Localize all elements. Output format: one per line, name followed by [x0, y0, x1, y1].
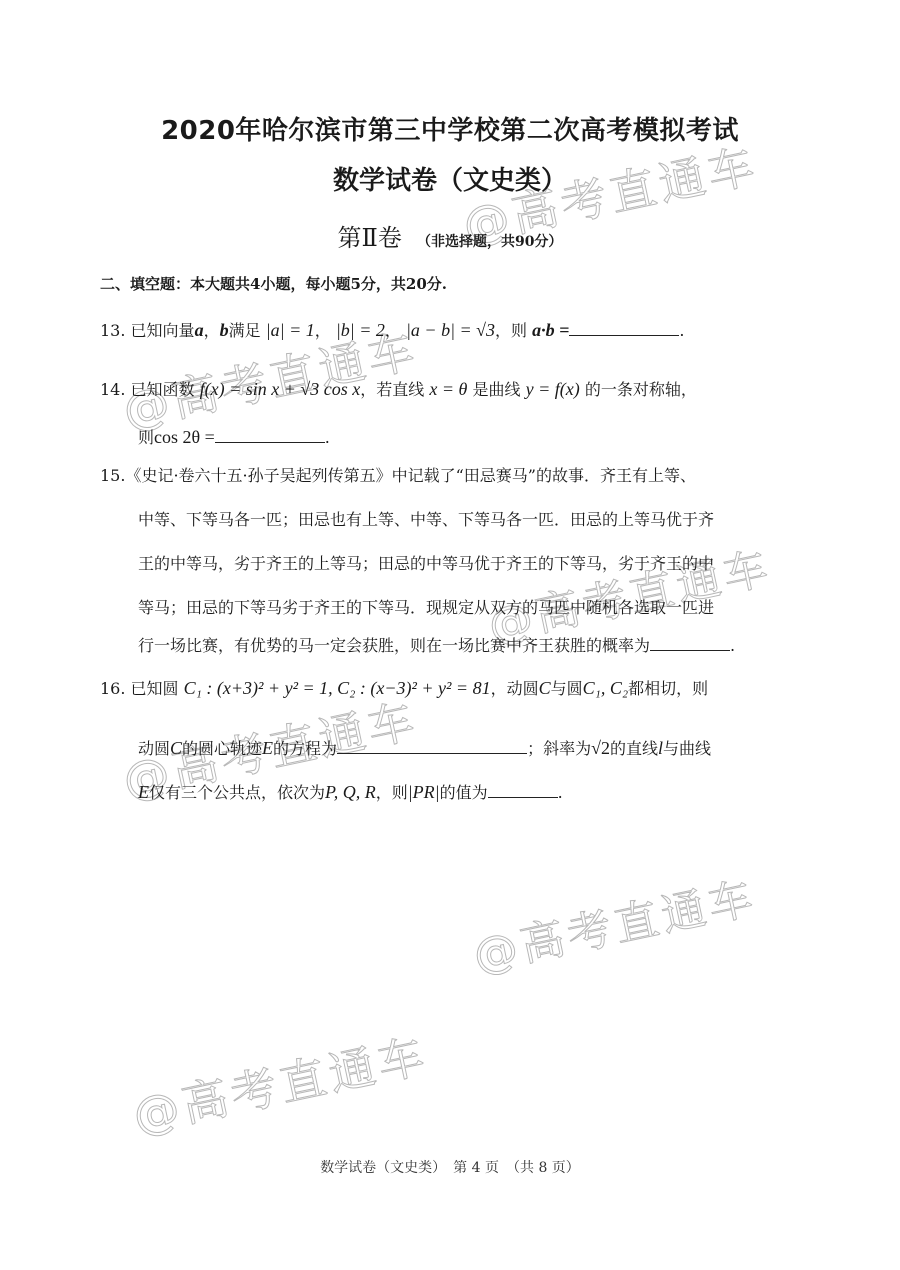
- q15-line: 王的中等马，劣于齐王的上等马；田忌的中等马优于齐王的下等马，劣于齐王的中: [138, 551, 714, 574]
- exam-subtitle: 数学试卷（文史类）: [0, 160, 900, 197]
- q14-ask: cos 2θ =: [154, 427, 215, 447]
- q13-text: 满足: [229, 321, 261, 340]
- q13-condition-1: |a| = 1: [266, 320, 315, 340]
- question-14-line-2: 则cos 2θ =.: [138, 425, 330, 448]
- q15-last-line: 行一场比赛，有优势的马一定会获胜，则在一场比赛中齐王获胜的概率为.: [138, 633, 735, 656]
- q16-curve-e: E: [138, 782, 149, 802]
- q16-text: 的直线: [610, 739, 658, 758]
- q16-end: .: [558, 783, 563, 802]
- q16-text: 动圆: [138, 739, 170, 758]
- q13-condition-3: |a − b| = √3: [406, 320, 495, 340]
- q13-text: 已知向量: [131, 321, 195, 340]
- q14-text: 已知函数: [131, 380, 195, 399]
- q16-text: 已知圆: [131, 679, 179, 698]
- q16-curve-e: E: [262, 738, 273, 758]
- answer-blank: [215, 428, 325, 443]
- part-label: 第Ⅱ卷: [338, 224, 402, 252]
- q16-circle-c: C: [539, 678, 551, 698]
- q13-end: .: [679, 321, 684, 340]
- watermark: @高考直通车: [126, 1019, 433, 1146]
- q15-line: 行一场比赛，有优势的马一定会获胜，则在一场比赛中齐王获胜的概率为: [138, 636, 650, 655]
- q16-circles-c1-c2: C₁, C₂: [583, 678, 629, 698]
- q16-pr: |PR|: [408, 782, 440, 802]
- q13-text: ，则: [495, 321, 527, 340]
- section-heading: 二、填空题：本大题共4小题，每小题5分，共20分.: [100, 273, 447, 294]
- q14-line: x = θ: [429, 379, 467, 399]
- question-13: 13. 已知向量a，b满足 |a| = 1， |b| = 2， |a − b| …: [100, 318, 685, 341]
- q13-condition-2: |b| = 2: [336, 320, 385, 340]
- q15-line: 等马；田忌的下等马劣于齐王的下等马．现规定从双方的马匹中随机各选取一匹进: [138, 595, 714, 618]
- part-heading: 第Ⅱ卷 （非选择题，共90分）: [0, 218, 900, 253]
- q16-text: 的方程为: [273, 739, 337, 758]
- question-number: 14.: [100, 380, 125, 399]
- q15-line: 《史记·卷六十五·孙子吴起列传第五》中记载了“田忌赛马”的故事．齐王有上等、: [125, 466, 696, 485]
- question-14: 14. 已知函数 f(x) = sin x + √3 cos x，若直线 x =…: [100, 377, 697, 400]
- vector-a: a: [195, 320, 204, 340]
- q16-text: ，动圆: [491, 679, 539, 698]
- q14-text: 的一条对称轴，: [585, 380, 697, 399]
- answer-blank: [650, 636, 730, 651]
- question-16-line-3: E仅有三个公共点，依次为P, Q, R，则|PR|的值为.: [138, 780, 563, 803]
- q14-end: .: [325, 428, 330, 447]
- question-number: 13.: [100, 321, 125, 340]
- q14-curve: y = f(x): [526, 379, 580, 399]
- q13-sep: ，: [204, 321, 220, 340]
- q16-text: ；斜率为: [527, 739, 591, 758]
- part-note: （非选择题，共90分）: [417, 234, 562, 250]
- q14-text: 是曲线: [472, 380, 520, 399]
- question-number: 15.: [100, 466, 125, 485]
- q14-text: ，若直线: [360, 380, 424, 399]
- q16-circles: C₁ : (x+3)² + y² = 1, C₂ : (x−3)² + y² =…: [184, 678, 491, 698]
- page-footer: 数学试卷（文史类） 第 4 页 （共 8 页）: [0, 1157, 900, 1177]
- answer-blank: [337, 739, 527, 754]
- q15-line: 中等、下等马各一匹；田忌也有上等、中等、下等马各一匹．田忌的上等马优于齐: [138, 507, 714, 530]
- watermark: @高考直通车: [467, 862, 762, 984]
- question-15: 15.《史记·卷六十五·孙子吴起列传第五》中记载了“田忌赛马”的故事．齐王有上等…: [100, 463, 696, 486]
- q15-end: .: [730, 636, 735, 655]
- question-16: 16. 已知圆 C₁ : (x+3)² + y² = 1, C₂ : (x−3)…: [100, 676, 708, 699]
- question-16-line-2: 动圆C的圆心轨迹E的方程为；斜率为√2的直线l与曲线: [138, 736, 711, 759]
- question-number: 16.: [100, 679, 125, 698]
- q16-text: 与曲线: [663, 739, 711, 758]
- q16-text: 的圆心轨迹: [182, 739, 262, 758]
- q16-points: P, Q, R: [325, 782, 376, 802]
- vector-b: b: [220, 320, 229, 340]
- answer-blank: [569, 321, 679, 336]
- q16-text: 仅有三个公共点，依次为: [149, 783, 325, 802]
- q14-function: f(x) = sin x + √3 cos x: [200, 379, 361, 399]
- exam-title: 2020年哈尔滨市第三中学校第二次高考模拟考试: [0, 110, 900, 147]
- q16-text: 与圆: [551, 679, 583, 698]
- q16-text: 都相切，则: [628, 679, 708, 698]
- q13-ask: a·b =: [532, 320, 569, 340]
- q16-text: ，则: [376, 783, 408, 802]
- q14-text: 则: [138, 428, 154, 447]
- q16-circle-c: C: [170, 738, 182, 758]
- q16-text: 的值为: [440, 783, 488, 802]
- q16-slope: √2: [591, 738, 610, 758]
- answer-blank: [488, 783, 558, 798]
